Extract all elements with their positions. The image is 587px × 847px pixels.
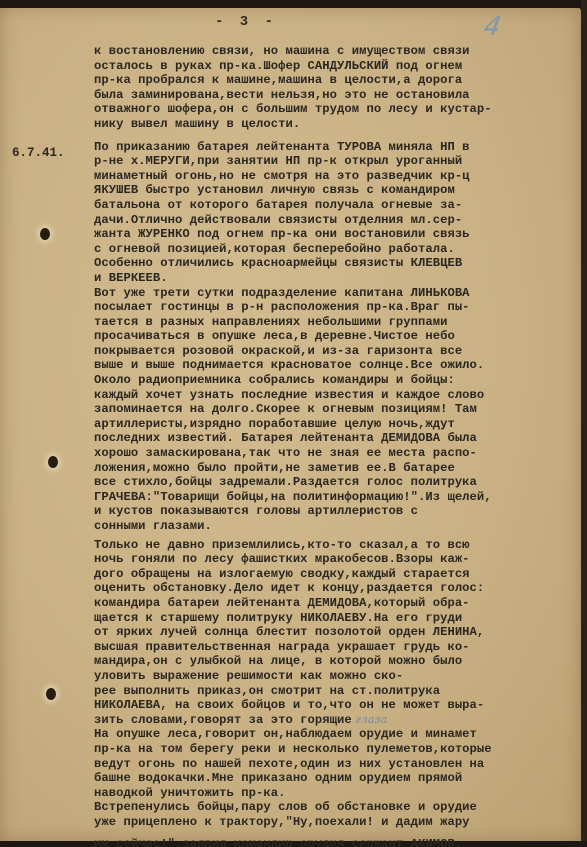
text-line: ведут огонь по нашей пехоте,один из них … [94, 757, 524, 772]
text-line: пр-ка пробрался к машине,машина в целост… [94, 73, 524, 88]
text-line: оценить обстановку.Дело идет к концу,раз… [94, 581, 524, 596]
text-line: минаметный огонь,но не смотря на это раз… [94, 169, 524, 184]
text-line: и ВЕРКЕЕВ. [94, 271, 524, 286]
scan-border-top [0, 0, 587, 8]
paragraph-main: По приказанию батарея лейтенанта ТУРОВА … [94, 140, 524, 534]
text-line: На опушке леса,говорит он,наблюдаем оруд… [94, 727, 524, 742]
text-line: пр-ка на том берегу реки и несколько пул… [94, 742, 524, 757]
text-line: уже прицеплено к трактору,"Ну,поехали! и… [94, 815, 524, 830]
paragraph-end: На опушке леса,говорит он,наблюдаем оруд… [94, 727, 524, 800]
text-line: дачи.Отлично действовали связисты отделн… [94, 213, 524, 228]
text-line: ночь гоняли по лесу фашистких мракобесов… [94, 552, 524, 567]
text-line: покрывается розовой окраской,и из-за гар… [94, 344, 524, 359]
text-line: артиллеристы,изрядно поработавшие целую … [94, 417, 524, 432]
text-line: р-не х.МЕРУГИ,при занятии НП пр-к открыл… [94, 154, 524, 169]
text-line: ложения,можно было пройти,не заметив ее.… [94, 461, 524, 476]
page-number: - 3 - [215, 14, 277, 30]
text-line: последних известий. Батарея лейтенанта Д… [94, 431, 524, 446]
text-line: Только не давно приземлились,кто-то сказ… [94, 538, 524, 553]
handwritten-correction: глаза [352, 713, 387, 726]
paragraph-top: к востановлению связи, но машина с имуще… [94, 44, 524, 132]
text-line: отважного шофера,он с большим трудом по … [94, 102, 524, 117]
text-line: с огневой позицией,которая бесперебойно … [94, 242, 524, 257]
text-line: батальона от которого батарея получала о… [94, 198, 524, 213]
punch-hole [48, 456, 58, 468]
text-line: зить словами,говорят за это горящие глаз… [94, 713, 524, 728]
text-line: сонными глазами. [94, 519, 524, 534]
text-line: наводкой уничтожить пр-ка. [94, 786, 524, 801]
text-line: дого обращены на излогаемую сводку,кажды… [94, 567, 524, 582]
text-line: посылает гостинцы в р-н расположения пр-… [94, 300, 524, 315]
text-line: просачиваться в опушке леса,в деревне.Чи… [94, 329, 524, 344]
text-line: жанта ЖУРЕНКО под огнем пр-ка они востан… [94, 227, 524, 242]
text-line: командира батареи лейтенанта ДЕМИДОВА,ко… [94, 596, 524, 611]
text-line: мандира,он с улыбкой на лице, в которой … [94, 654, 524, 669]
text-line: Встрепенулись бойцы,пару слов об обстано… [94, 800, 524, 815]
text-line: нику вывел машину в целости. [94, 117, 524, 132]
text-line: выше и выше поднимается красноватое солн… [94, 358, 524, 373]
text-line: высшая правительственная награда украшае… [94, 640, 524, 655]
punch-hole [40, 228, 50, 240]
text-line: им сейчас!",заявил командир орудия сержа… [94, 837, 524, 847]
text-line: Вот уже трети сутки подразделение капита… [94, 286, 524, 301]
text-line: Особенно отличились красноармейцы связис… [94, 256, 524, 271]
text-line: ГРАЧЕВА:"Товарищи бойцы,на политинформац… [94, 490, 524, 505]
paragraph-lower: Только не давно приземлились,кто-то сказ… [94, 538, 524, 728]
paragraph-final: Встрепенулись бойцы,пару слов об обстано… [94, 800, 524, 847]
text-line: НИКОЛАЕВА, на своих бойцов и то,что он н… [94, 698, 524, 713]
text-line: ЯКУШЕВ быстро установил личную связь с к… [94, 183, 524, 198]
text-line: к востановлению связи, но машина с имуще… [94, 44, 524, 59]
text-line: от ярких лучей солнца блестит позолотой … [94, 625, 524, 640]
text-line: щается к старшему политруку НИКОЛАЕВУ.На… [94, 611, 524, 626]
text-line: осталось в руках пр-ка.Шофер САНДУЛЬСКИЙ… [94, 59, 524, 74]
text-line: Около радиоприемника собрались командиры… [94, 373, 524, 388]
text-line: хорошо замаскирована,так что не зная ее … [94, 446, 524, 461]
text-line: тается в разных направлениях небольшими … [94, 315, 524, 330]
margin-date: 6.7.41. [12, 146, 65, 160]
text-line: уловить выражение решимости как можно ск… [94, 669, 524, 684]
text-line: все стихло,бойцы задремали.Раздается гол… [94, 475, 524, 490]
text-line: рее выполнить приказ,он смотрит на ст.по… [94, 684, 524, 699]
text-line: запоминается на долго.Скорее к огневым п… [94, 402, 524, 417]
document-body: к востановлению связи, но машина с имуще… [94, 44, 524, 847]
text-line: По приказанию батарея лейтенанта ТУРОВА … [94, 140, 524, 155]
scan-border-right [581, 0, 587, 847]
text-line: каждый хочет узнать последние известия и… [94, 388, 524, 403]
text-line: была заминирована,вести нельзя,но это не… [94, 88, 524, 103]
text-line: и кустов показываются головы артиллерист… [94, 504, 524, 519]
punch-hole [46, 688, 56, 700]
text-line: башне водокачки.Мне приказано одним оруд… [94, 771, 524, 786]
